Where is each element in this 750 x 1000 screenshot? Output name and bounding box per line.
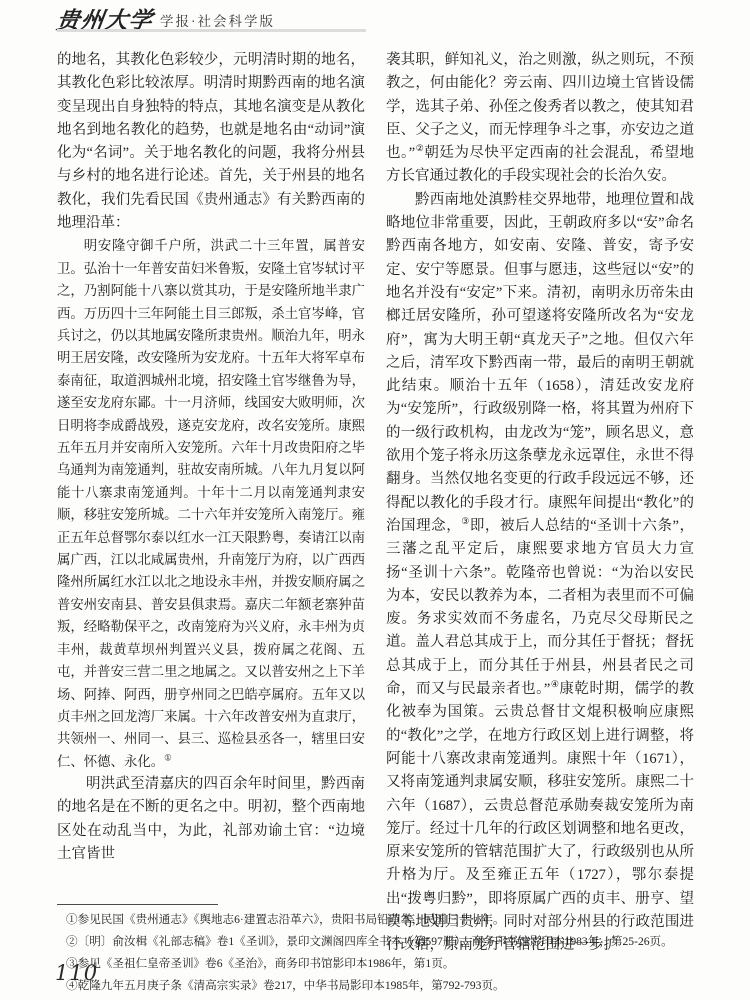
quote-text: 明安隆守御千户所，洪武二十三年置，属普安卫。弘治十一年普安苗妇米鲁叛，安隆土官岑… <box>57 238 365 768</box>
block-quote: 明安隆守御千户所，洪武二十三年置，属普安卫。弘治十一年普安苗妇米鲁叛，安隆土官岑… <box>57 235 365 773</box>
paragraph-continuation: 袭其职，鲜知礼义，治之则激，纵之则玩，不预教之，何由能化？旁云南、四川边境土官皆… <box>386 49 694 189</box>
footnote-separator <box>57 904 218 905</box>
footnote-item: ①参见民国《贵州通志》《舆地志6·建置志沿革六》，贵阳书局铅印本，民国三十七年。 <box>57 909 707 931</box>
page-number: 110 <box>55 961 98 985</box>
header-rule <box>57 29 366 32</box>
two-column-body: 的地名，其教化色彩较少，元明清时期的地名，其教化色彩比较浓厚。明清时期黔西南的地… <box>57 49 695 958</box>
right-column: 袭其职，鲜知礼义，治之则激，纵之则玩，不预教之，何由能化？旁云南、四川边境土官皆… <box>386 49 694 958</box>
footnote-ref-2: ② <box>415 143 424 153</box>
footnote-ref-3: ③ <box>461 516 470 526</box>
body-text: 黔西南地处滇黔桂交界地带，地理位置和战略地位非常重要，因此，王朝政府多以“安”命… <box>386 192 694 534</box>
footnote-item: ③参见《圣祖仁皇帝圣训》卷6《圣治》，商务印书馆影印本1986年，第1页。 <box>57 953 707 975</box>
paragraph: 黔西南地处滇黔桂交界地带，地理位置和战略地位非常重要，因此，王朝政府多以“安”命… <box>386 189 694 958</box>
footnote-list: ①参见民国《贵州通志》《舆地志6·建置志沿革六》，贵阳书局铅印本，民国三十七年。… <box>57 909 707 997</box>
footnote-item: ②〔明〕俞汝楫《礼部志稿》卷1《圣训》，景印文渊阁四库全书本（第597册），商务… <box>57 931 707 953</box>
journal-subtitle: 学报·社会科学版 <box>160 14 275 29</box>
journal-page: 贵州大学学报·社会科学版 的地名，其教化色彩较少，元明清时期的地名，其教化色彩比… <box>0 0 750 1000</box>
left-column: 的地名，其教化色彩较少，元明清时期的地名，其教化色彩比较浓厚。明清时期黔西南的地… <box>57 49 365 958</box>
footnote-ref-1: ① <box>164 753 171 762</box>
paragraph-continuation: 的地名，其教化色彩较少，元明清时期的地名，其教化色彩比较浓厚。明清时期黔西南的地… <box>57 49 365 235</box>
paragraph: 明洪武至清嘉庆的四百余年时间里，黔西南的地名是在不断的更名之中。明初，整个西南地… <box>57 773 365 866</box>
body-text: 朝廷为尽快平定西南的社会混乱，希望地方长官通过教化的手段实现社会的长治久安。 <box>386 145 694 184</box>
footnote-item: ④乾隆九年五月庚子条《清高宗实录》卷217，中华书局影印本1985年，第792-… <box>57 975 707 997</box>
body-text: 即，被后人总结的“圣训十六条”，三藩之乱平定后，康熙要求地方官员大力宣扬“圣训十… <box>386 518 694 697</box>
